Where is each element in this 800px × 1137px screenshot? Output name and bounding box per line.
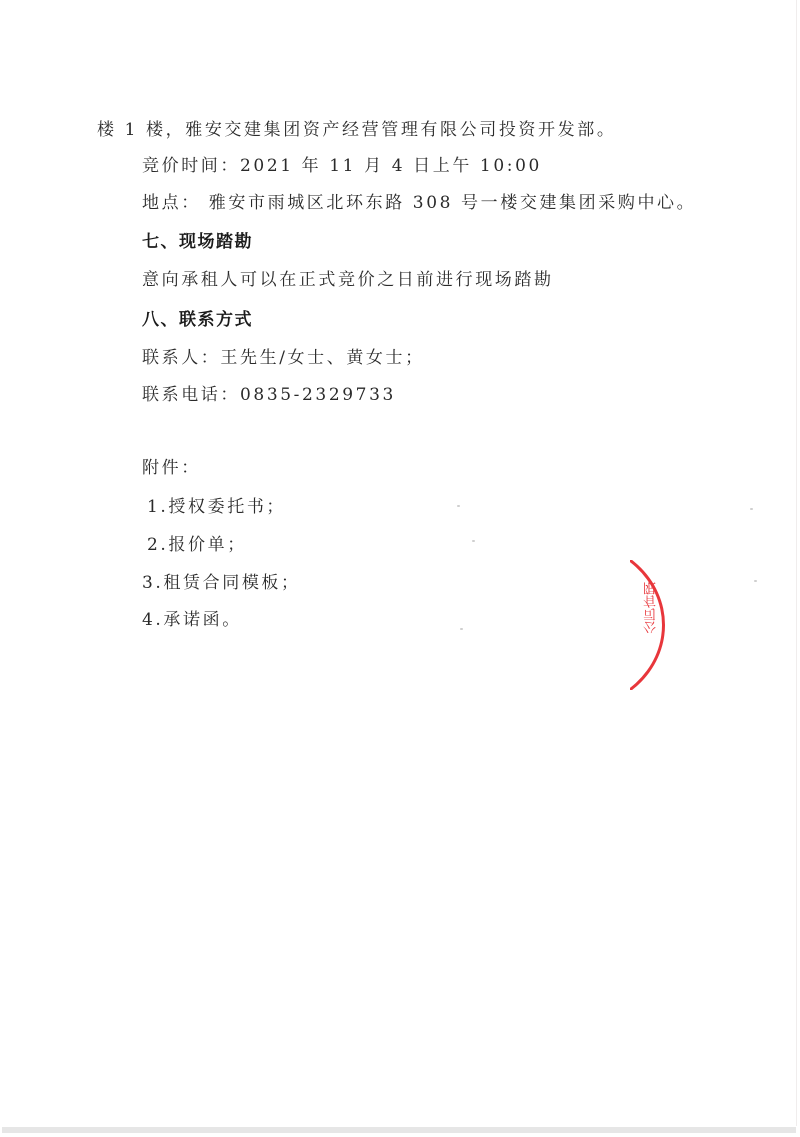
- attachment-item: 1.授权委托书；: [147, 497, 286, 517]
- seal-text: 公司有限: [638, 582, 656, 634]
- contact-person-line: 联系人：王先生/女士、黄女士；: [142, 348, 425, 368]
- attachment-item: 4.承诺函。: [142, 610, 242, 630]
- scan-speck: [472, 540, 475, 542]
- bid-time-line: 竞价时间：2021 年 11 月 4 日上午 10:00: [142, 156, 542, 176]
- scan-speck: [460, 628, 463, 630]
- continuation-line: 楼 1 楼，雅安交建集团资产经营管理有限公司投资开发部。: [97, 120, 616, 140]
- attachment-item: 2.报价单；: [147, 535, 247, 555]
- contact-phone-line: 联系电话：0835-2329733: [142, 385, 396, 405]
- page-bottom-edge: [2, 1127, 796, 1133]
- section-7-body: 意向承租人可以在正式竞价之日前进行现场踏勘: [142, 270, 554, 290]
- scan-speck: [754, 580, 757, 582]
- section-8-heading: 八、联系方式: [142, 310, 253, 330]
- scan-speck: [457, 505, 460, 507]
- section-7-heading: 七、现场踏勘: [142, 232, 253, 252]
- scan-speck: [750, 508, 753, 510]
- attachments-label: 附件：: [142, 458, 201, 478]
- document-page: 楼 1 楼，雅安交建集团资产经营管理有限公司投资开发部。 竞价时间：2021 年…: [2, 0, 797, 1126]
- attachment-item: 3.租赁合同模板；: [142, 573, 301, 593]
- company-seal-stamp: 公司有限: [630, 560, 690, 690]
- location-line: 地点： 雅安市雨城区北环东路 308 号一楼交建集团采购中心。: [142, 193, 696, 213]
